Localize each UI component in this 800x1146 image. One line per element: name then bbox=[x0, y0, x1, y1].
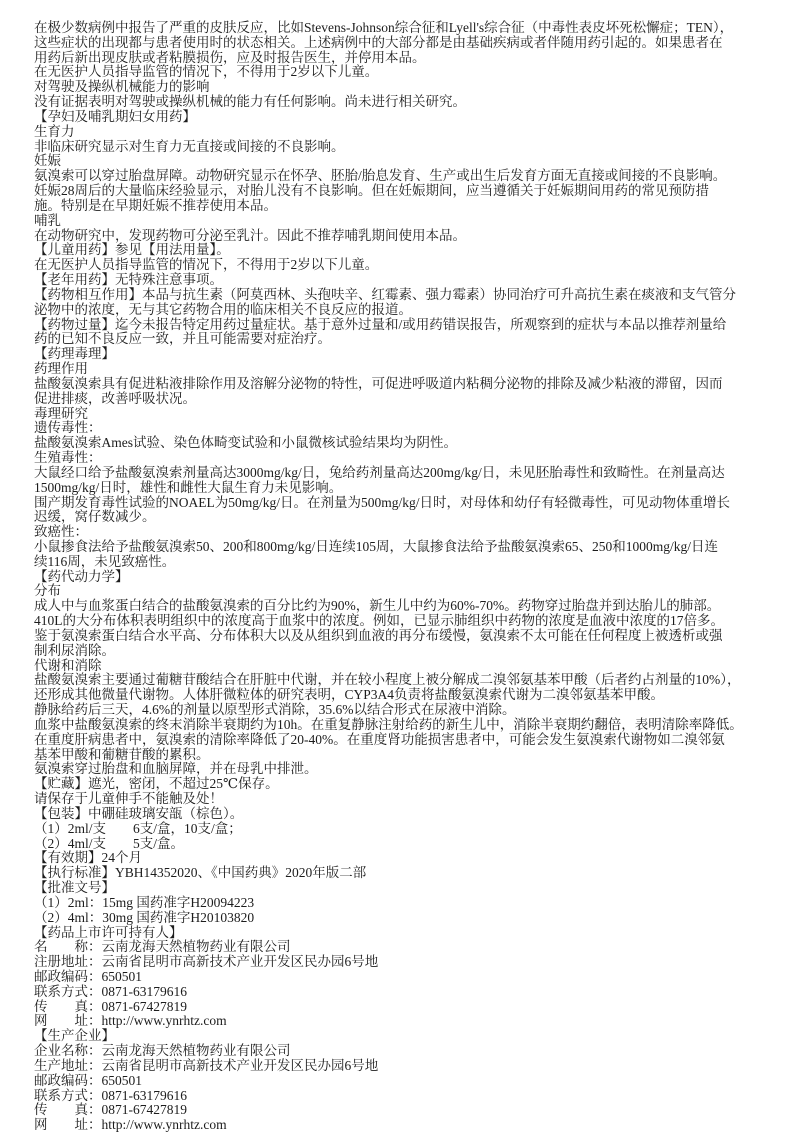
text-line: 盐酸氨溴索具有促进粘液排除作用及溶解分泌物的特性，可促进呼吸道内粘稠分泌物的排除… bbox=[34, 377, 772, 392]
document-body: 在极少数病例中报告了严重的皮肤反应，比如Stevens-Johnson综合征和L… bbox=[34, 21, 772, 1133]
text-line: 【批准文号】 bbox=[34, 881, 772, 896]
text-line: （2）4ml：30mg 国药准字H20103820 bbox=[34, 911, 772, 926]
text-line: 【生产企业】 bbox=[34, 1029, 772, 1044]
text-line: 没有证据表明对驾驶或操纵机械的能力有任何影响。尚未进行相关研究。 bbox=[34, 95, 772, 110]
text-line: 在极少数病例中报告了严重的皮肤反应，比如Stevens-Johnson综合征和L… bbox=[34, 21, 772, 36]
text-line: 【贮藏】遮光，密闭，不超过25℃保存。 bbox=[34, 777, 772, 792]
text-line: 在无医护人员指导监管的情况下，不得用于2岁以下儿童。 bbox=[34, 258, 772, 273]
text-line: 1500mg/kg/日时，雄性和雌性大鼠生育力未见影响。 bbox=[34, 481, 772, 496]
text-line: 药理作用 bbox=[34, 362, 772, 377]
text-line: 邮政编码：650501 bbox=[34, 1074, 772, 1089]
text-line: 施。特别是在早期妊娠不推荐使用本品。 bbox=[34, 199, 772, 214]
text-line: 生殖毒性： bbox=[34, 451, 772, 466]
text-line: （2）4ml/支 5支/盒。 bbox=[34, 837, 772, 852]
text-line: 【执行标准】YBH14352020、《中国药典》2020年版二部 bbox=[34, 866, 772, 881]
text-line: 氨溴索可以穿过胎盘屏障。动物研究显示在怀孕、胚胎/胎息发育、生产或出生后发育方面… bbox=[34, 169, 772, 184]
text-line: 传 真：0871-67427819 bbox=[34, 1000, 772, 1015]
text-line: 生育力 bbox=[34, 125, 772, 140]
text-line: 请保存于儿童伸手不能触及处！ bbox=[34, 792, 772, 807]
text-line: 【药理毒理】 bbox=[34, 347, 772, 362]
text-line: 410L的大分布体积表明组织中的浓度高于血浆中的浓度。例如，已显示肺组织中药物的… bbox=[34, 614, 772, 629]
text-line: 传 真：0871-67427819 bbox=[34, 1103, 772, 1118]
document-page: 在极少数病例中报告了严重的皮肤反应，比如Stevens-Johnson综合征和L… bbox=[0, 0, 800, 1146]
text-line: 大鼠经口给予盐酸氨溴索剂量高达3000mg/kg/日，兔给药剂量高达200mg/… bbox=[34, 466, 772, 481]
text-line: 促进排痰，改善呼吸状况。 bbox=[34, 392, 772, 407]
text-line: （1）2ml：15mg 国药准字H20094223 bbox=[34, 896, 772, 911]
text-line: 非临床研究显示对生育力无直接或间接的不良影响。 bbox=[34, 140, 772, 155]
text-line: 企业名称：云南龙海天然植物药业有限公司 bbox=[34, 1044, 772, 1059]
text-line: 【有效期】24个月 bbox=[34, 851, 772, 866]
text-line: 成人中与血浆蛋白结合的盐酸氨溴索的百分比约为90%，新生儿中约为60%-70%。… bbox=[34, 599, 772, 614]
text-line: 血浆中盐酸氨溴索的终末消除半衰期约为10h。在重复静脉注射给药的新生儿中，消除半… bbox=[34, 718, 772, 733]
text-line: （1）2ml/支 6支/盒，10支/盒； bbox=[34, 822, 772, 837]
text-line: 名 称：云南龙海天然植物药业有限公司 bbox=[34, 940, 772, 955]
text-line: 妊娠28周后的大量临床经验显示，对胎儿没有不良影响。但在妊娠期间，应当遵循关于妊… bbox=[34, 184, 772, 199]
text-line: 【孕妇及哺乳期妇女用药】 bbox=[34, 110, 772, 125]
text-line: 联系方式：0871-63179616 bbox=[34, 985, 772, 1000]
text-line: 致癌性： bbox=[34, 525, 772, 540]
text-line: 鉴于氨溴索蛋白结合水平高、分布体积大以及从组织到血液的再分布缓慢，氨溴索不太可能… bbox=[34, 629, 772, 644]
text-line: 毒理研究 bbox=[34, 407, 772, 422]
text-line: 泌物中的浓度，无与其它药物合用的临床相关不良反应的报道。 bbox=[34, 303, 772, 318]
text-line: 遗传毒性： bbox=[34, 421, 772, 436]
text-line: 生产地址：云南省昆明市高新技术产业开发区民办园6号地 bbox=[34, 1059, 772, 1074]
text-line: 【药物相互作用】本品与抗生素（阿莫西林、头孢呋辛、红霉素、强力霉素）协同治疗可升… bbox=[34, 288, 772, 303]
text-line: 盐酸氨溴索Ames试验、染色体畸变试验和小鼠微核试验结果均为阴性。 bbox=[34, 436, 772, 451]
text-line: 网 址：http://www.ynrhtz.com bbox=[34, 1014, 772, 1029]
text-line: 氨溴索穿过胎盘和血脑屏障，并在母乳中排泄。 bbox=[34, 762, 772, 777]
text-line: 制利尿消除。 bbox=[34, 644, 772, 659]
text-line: 续116周，未见致癌性。 bbox=[34, 555, 772, 570]
text-line: 联系方式：0871-63179616 bbox=[34, 1089, 772, 1104]
text-line: 哺乳 bbox=[34, 214, 772, 229]
text-line: 【包装】中硼硅玻璃安瓿（棕色）。 bbox=[34, 807, 772, 822]
text-line: 邮政编码：650501 bbox=[34, 970, 772, 985]
text-line: 还形成其他微量代谢物。人体肝微粒体的研究表明，CYP3A4负责将盐酸氨溴索代谢为… bbox=[34, 688, 772, 703]
text-line: 对驾驶及操纵机械能力的影响 bbox=[34, 80, 772, 95]
text-line: 注册地址：云南省昆明市高新技术产业开发区民办园6号地 bbox=[34, 955, 772, 970]
text-line: 这些症状的出现都与患者使用时的状态相关。上述病例中的大部分都是由基础疾病或者伴随… bbox=[34, 36, 772, 51]
text-line: 【老年用药】无特殊注意事项。 bbox=[34, 273, 772, 288]
text-line: 药的已知不良反应一致，并且可能需要对症治疗。 bbox=[34, 332, 772, 347]
text-line: 网 址：http://www.ynrhtz.com bbox=[34, 1118, 772, 1133]
text-line: 迟缓，窝仔数减少。 bbox=[34, 510, 772, 525]
text-line: 在重度肝病患者中，氨溴索的清除率降低了20-40%。在重度肾功能损害患者中，可能… bbox=[34, 733, 772, 748]
text-line: 静脉给药后三天，4.6%的剂量以原型形式消除，35.6%以结合形式在尿液中消除。 bbox=[34, 703, 772, 718]
text-line: 小鼠掺食法给予盐酸氨溴索50、200和800mg/kg/日连续105周，大鼠掺食… bbox=[34, 540, 772, 555]
text-line: 【药代动力学】 bbox=[34, 570, 772, 585]
